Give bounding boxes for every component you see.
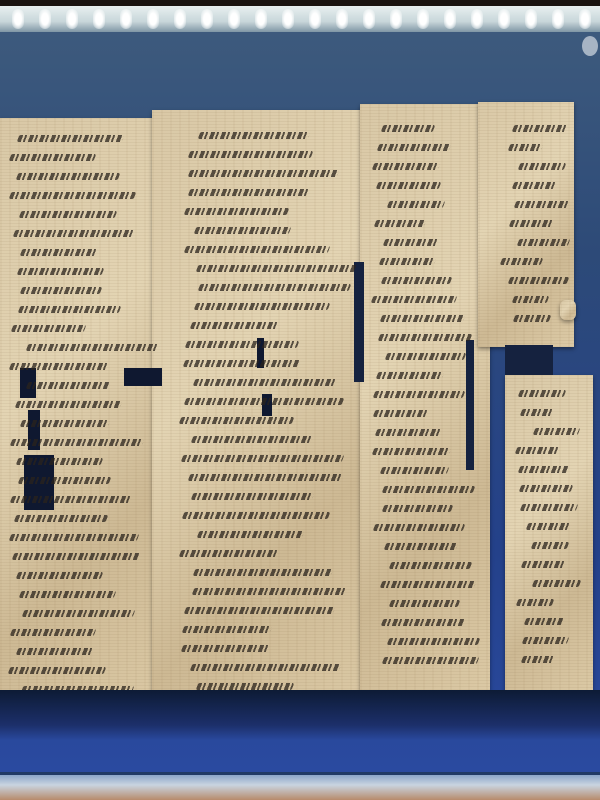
text-line <box>188 474 342 481</box>
text-line <box>387 201 446 208</box>
text-line <box>184 246 330 253</box>
text-line <box>187 151 312 158</box>
column-gap <box>354 262 364 382</box>
led-bulb <box>66 9 78 29</box>
led-bulb <box>282 9 294 29</box>
text-line <box>512 315 550 322</box>
text-line <box>183 360 301 367</box>
text-line <box>389 562 472 569</box>
text-line <box>376 144 451 151</box>
text-line <box>520 504 579 511</box>
text-line <box>500 258 544 265</box>
led-bulb <box>417 9 429 29</box>
text-line <box>20 249 97 256</box>
text-line <box>198 132 310 139</box>
text-line <box>14 515 109 522</box>
text-line <box>381 505 453 512</box>
text-line <box>388 600 459 607</box>
led-bulb <box>444 9 456 29</box>
text-line <box>382 657 479 664</box>
text-line <box>374 429 440 436</box>
text-line <box>185 341 300 348</box>
text-line <box>512 182 556 189</box>
led-light-strip <box>0 6 600 32</box>
led-bulb <box>39 9 51 29</box>
text-line <box>22 610 136 617</box>
led-bulb <box>12 9 24 29</box>
text-line <box>179 550 278 557</box>
led-bulb <box>390 9 402 29</box>
text-line <box>532 580 581 587</box>
text-line <box>181 512 329 519</box>
text-line <box>183 607 334 614</box>
text-line <box>373 524 466 531</box>
papyrus-fragment-small <box>560 300 576 320</box>
text-line <box>197 531 305 538</box>
text-line <box>16 572 103 579</box>
text-line <box>372 410 428 417</box>
led-bulb <box>552 9 564 29</box>
text-line <box>8 667 107 674</box>
text-line <box>184 398 345 405</box>
led-bulb <box>363 9 375 29</box>
text-line <box>521 561 566 568</box>
text-line <box>530 542 569 549</box>
text-line <box>180 645 269 652</box>
text-line <box>26 382 110 389</box>
text-line <box>383 239 439 246</box>
text-line <box>533 428 581 435</box>
text-line <box>516 239 570 246</box>
text-line <box>184 208 290 215</box>
text-line <box>9 154 97 161</box>
text-line <box>190 436 311 443</box>
text-line <box>372 391 464 398</box>
text-line <box>375 182 441 189</box>
text-line <box>374 220 427 227</box>
text-line <box>187 170 339 177</box>
led-bulb <box>174 9 186 29</box>
text-line <box>19 211 117 218</box>
text-line <box>10 496 131 503</box>
text-line <box>11 553 139 560</box>
text-line <box>518 485 572 492</box>
text-line <box>512 296 550 303</box>
text-line <box>182 626 272 633</box>
text-line <box>196 265 358 272</box>
text-line <box>8 534 139 541</box>
led-bulb <box>471 9 483 29</box>
text-line <box>376 372 445 379</box>
text-line <box>385 353 466 360</box>
text-line <box>379 258 436 265</box>
text-line <box>515 599 553 606</box>
text-line <box>194 227 292 234</box>
text-line <box>19 591 117 598</box>
text-line <box>9 363 110 370</box>
text-line <box>380 467 450 474</box>
case-shadow <box>0 690 600 740</box>
column-gap <box>466 340 474 470</box>
text-line <box>18 477 111 484</box>
text-line <box>386 638 480 645</box>
light-reflection <box>582 36 598 56</box>
text-line <box>181 455 344 462</box>
led-bulb <box>147 9 159 29</box>
text-line <box>380 581 476 588</box>
led-bulb <box>201 9 213 29</box>
led-bulb <box>525 9 537 29</box>
text-line <box>509 220 555 227</box>
text-line <box>190 493 313 500</box>
text-line <box>196 683 295 690</box>
text-line <box>371 448 451 455</box>
text-line <box>381 619 465 626</box>
led-bulb <box>579 9 591 29</box>
text-line <box>8 192 136 199</box>
text-line <box>18 306 121 313</box>
text-line <box>193 569 334 576</box>
led-bulb <box>120 9 132 29</box>
text-line <box>10 325 86 332</box>
text-line <box>10 439 145 446</box>
text-line <box>508 144 544 151</box>
led-bulb <box>336 9 348 29</box>
text-line <box>526 523 571 530</box>
text-line <box>20 287 102 294</box>
text-line <box>15 401 122 408</box>
tear <box>505 345 553 375</box>
text-line <box>371 296 458 303</box>
text-line <box>189 664 340 671</box>
text-line <box>192 588 346 595</box>
led-bulb <box>309 9 321 29</box>
text-line <box>380 277 451 284</box>
display-case-frame-bottom <box>0 775 600 800</box>
text-line <box>382 486 475 493</box>
text-line <box>16 458 103 465</box>
text-line <box>194 303 331 310</box>
text-line <box>16 648 94 655</box>
led-bulb <box>228 9 240 29</box>
text-line <box>381 125 436 132</box>
text-line <box>380 315 466 322</box>
led-bulb <box>255 9 267 29</box>
text-line <box>372 163 441 170</box>
text-line <box>377 334 471 341</box>
text-line <box>192 379 336 386</box>
text-line <box>523 618 564 625</box>
papyrus-column-1 <box>0 118 160 716</box>
text-line <box>514 201 569 208</box>
text-line <box>26 344 160 351</box>
text-line <box>514 447 558 454</box>
text-line <box>520 656 554 663</box>
text-line <box>17 268 104 275</box>
text-line <box>520 409 554 416</box>
ink-loss-patch <box>124 368 162 386</box>
papyrus-fragment-lower-right <box>505 375 593 697</box>
text-line <box>518 163 567 170</box>
text-line <box>9 629 96 636</box>
text-line <box>384 543 459 550</box>
text-line <box>179 417 294 424</box>
text-line <box>12 230 134 237</box>
text-line <box>511 125 568 132</box>
text-line <box>20 420 110 427</box>
text-line <box>508 277 569 284</box>
text-line <box>16 173 120 180</box>
led-bulb <box>498 9 510 29</box>
text-line <box>190 322 279 329</box>
text-line <box>517 466 569 473</box>
text-line <box>522 637 570 644</box>
text-line <box>197 284 350 291</box>
led-bulb <box>93 9 105 29</box>
text-line <box>518 390 566 397</box>
text-line <box>188 189 309 196</box>
text-line <box>17 135 125 142</box>
